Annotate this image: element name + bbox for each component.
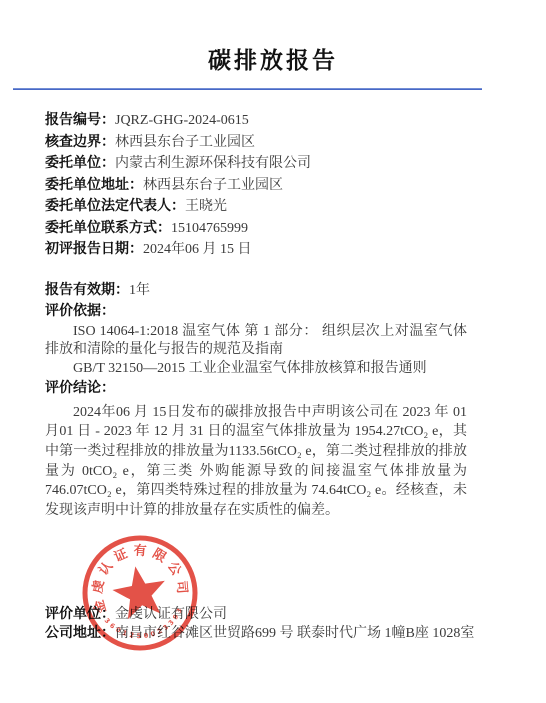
evaluation-conclusion-section: 评价结论： 2024年06 月 15日发布的碳排放报告中声明该公司在 2023 … bbox=[45, 378, 467, 521]
field-value: 林西县东台子工业园区 bbox=[143, 178, 283, 193]
field-contact-phone: 委托单位联系方式：15104765999 bbox=[45, 218, 467, 240]
field-client-company: 委托单位：内蒙古利生源环保科技有限公司 bbox=[45, 153, 467, 175]
field-value: 1年 bbox=[129, 283, 150, 298]
field-label: 报告有效期： bbox=[45, 283, 129, 298]
field-value: 南昌市红谷滩区世贸路699 号 联泰时代广场 1幢B座 1028室 bbox=[115, 626, 474, 641]
field-initial-report-date: 初评报告日期：2024年06 月 15 日 bbox=[45, 239, 467, 261]
field-legal-representative: 委托单位法定代表人：王晓光 bbox=[45, 196, 467, 218]
field-label: 委托单位法定代表人： bbox=[45, 199, 185, 214]
field-value: 金虔认证有限公司 bbox=[115, 607, 227, 622]
field-company-address: 公司地址：南昌市红谷滩区世贸路699 号 联泰时代广场 1幢B座 1028室 bbox=[45, 624, 467, 643]
field-report-validity: 报告有效期：1年 bbox=[45, 280, 467, 302]
field-label: 核查边界： bbox=[45, 135, 115, 150]
carbon-emission-report-page: 碳排放报告 报告编号：JQRZ-GHG-2024-0615 核查边界：林西县东台… bbox=[0, 0, 546, 703]
field-value: 2024年06 月 15 日 bbox=[143, 242, 252, 257]
basis-item-iso: ISO 14064-1:2018 温室气体 第 1 部分： 组织层次上对温室气体… bbox=[45, 323, 467, 360]
field-label: 委托单位： bbox=[45, 156, 115, 171]
field-evaluation-unit: 评价单位：金虔认证有限公司 bbox=[45, 605, 467, 624]
field-label: 评价单位： bbox=[45, 607, 115, 622]
field-label: 公司地址： bbox=[45, 626, 115, 641]
field-label: 初评报告日期： bbox=[45, 242, 143, 257]
report-body: 报告编号：JQRZ-GHG-2024-0615 核查边界：林西县东台子工业园区 … bbox=[45, 110, 467, 643]
field-value: 15104765999 bbox=[171, 221, 248, 236]
report-title: 碳排放报告 bbox=[0, 0, 546, 75]
evaluation-conclusion-paragraph: 2024年06 月 15日发布的碳排放报告中声明该公司在 2023 年 01 月… bbox=[45, 403, 467, 521]
evaluation-basis-section: 评价依据： ISO 14064-1:2018 温室气体 第 1 部分： 组织层次… bbox=[45, 301, 467, 378]
field-label: 报告编号： bbox=[45, 113, 115, 128]
field-report-number: 报告编号：JQRZ-GHG-2024-0615 bbox=[45, 110, 467, 132]
report-footer: 评价单位：金虔认证有限公司 公司地址：南昌市红谷滩区世贸路699 号 联泰时代广… bbox=[45, 605, 467, 643]
field-value: 内蒙古利生源环保科技有限公司 bbox=[115, 156, 311, 171]
report-info-fields: 报告编号：JQRZ-GHG-2024-0615 核查边界：林西县东台子工业园区 … bbox=[45, 110, 467, 261]
field-value: 王晓光 bbox=[185, 199, 227, 214]
field-value: JQRZ-GHG-2024-0615 bbox=[115, 113, 249, 128]
evaluation-basis-heading: 评价依据： bbox=[45, 301, 467, 323]
evaluation-conclusion-heading: 评价结论： bbox=[45, 378, 467, 400]
basis-item-gbt: GB/T 32150—2015 工业企业温室气体排放核算和报告通则 bbox=[45, 360, 467, 379]
title-divider-line bbox=[13, 88, 482, 91]
field-label: 委托单位联系方式： bbox=[45, 221, 171, 236]
field-verification-boundary: 核查边界：林西县东台子工业园区 bbox=[45, 132, 467, 154]
field-value: 林西县东台子工业园区 bbox=[115, 135, 255, 150]
field-label: 委托单位地址： bbox=[45, 178, 143, 193]
field-client-address: 委托单位地址：林西县东台子工业园区 bbox=[45, 175, 467, 197]
